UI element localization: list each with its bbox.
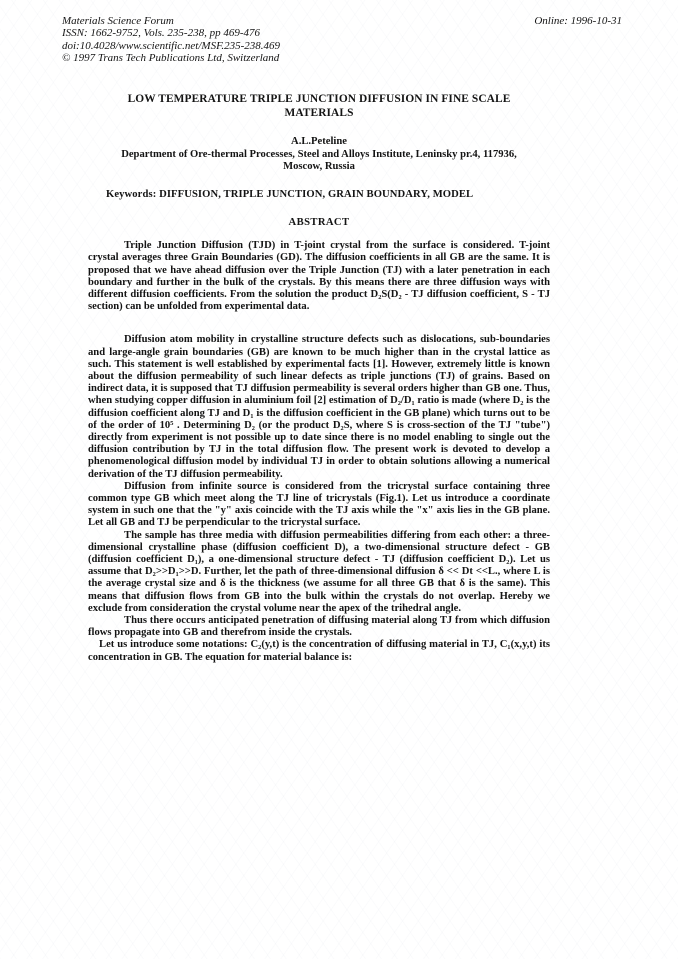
copyright-line: © 1997 Trans Tech Publications Ltd, Swit…	[62, 52, 622, 64]
article-title: LOW TEMPERATURE TRIPLE JUNCTION DIFFUSIO…	[88, 93, 550, 120]
affiliation-line-1: Department of Ore-thermal Processes, Ste…	[88, 149, 550, 162]
article-title-line-1: LOW TEMPERATURE TRIPLE JUNCTION DIFFUSIO…	[88, 93, 550, 107]
abstract-paragraph: Triple Junction Diffusion (TJD) in T-joi…	[88, 240, 550, 313]
article-title-line-2: MATERIALS	[88, 107, 550, 121]
paper-page: Materials Science Forum ISSN: 1662-9752,…	[0, 0, 678, 959]
keywords-line: Keywords: DIFFUSION, TRIPLE JUNCTION, GR…	[106, 189, 550, 201]
body-paragraph-5: Let us introduce some notations: C₂(y,t)…	[88, 639, 550, 663]
doi-line: doi:10.4028/www.scientific.net/MSF.235-2…	[62, 40, 622, 52]
issn-line: ISSN: 1662-9752, Vols. 235-238, pp 469-4…	[62, 27, 622, 39]
online-date: Online: 1996-10-31	[534, 15, 622, 27]
body-paragraph-4: Thus there occurs anticipated penetratio…	[88, 615, 550, 639]
journal-header: Materials Science Forum ISSN: 1662-9752,…	[62, 15, 622, 65]
article-body: LOW TEMPERATURE TRIPLE JUNCTION DIFFUSIO…	[88, 93, 550, 664]
author-affiliation-block: A.L.Peteline Department of Ore-thermal P…	[88, 136, 550, 174]
body-paragraph-1: Diffusion atom mobility in crystalline s…	[88, 334, 550, 480]
affiliation-line-2: Moscow, Russia	[88, 161, 550, 174]
body-paragraph-2: Diffusion from infinite source is consid…	[88, 481, 550, 530]
author-name: A.L.Peteline	[88, 136, 550, 149]
body-paragraph-3: The sample has three media with diffusio…	[88, 530, 550, 615]
abstract-heading: ABSTRACT	[88, 217, 550, 229]
